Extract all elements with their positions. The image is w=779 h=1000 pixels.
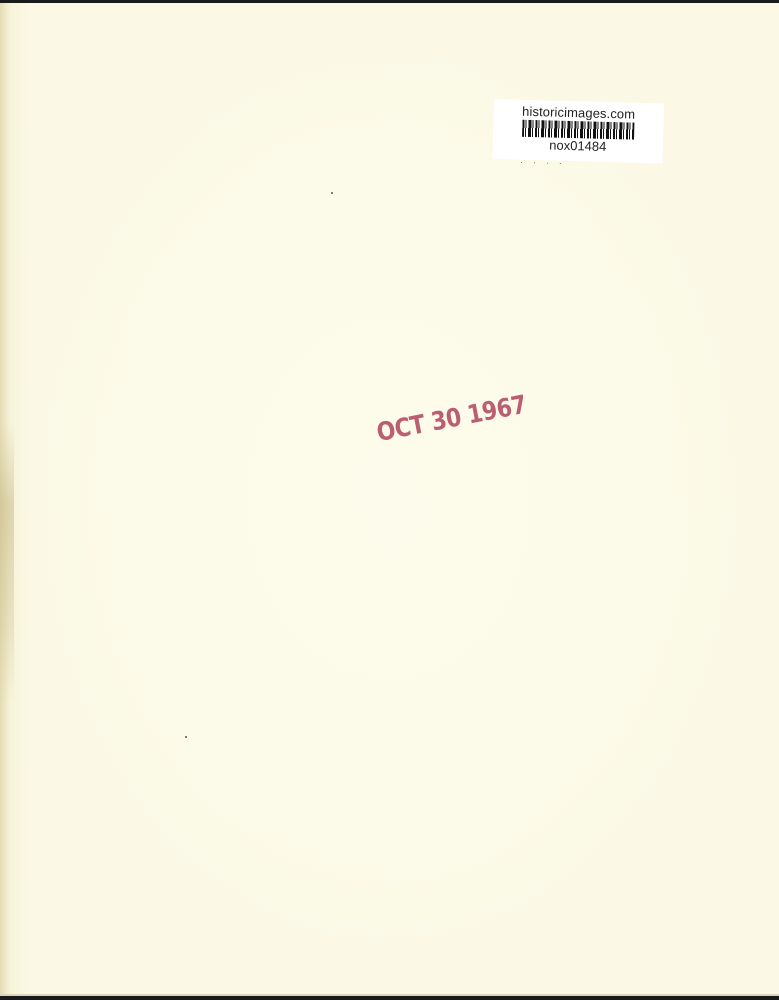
label-id-text: nox01484 bbox=[493, 136, 663, 155]
photo-back-paper: historicimages.com nox01484 · · · · OCT … bbox=[0, 3, 779, 996]
edge-stain bbox=[0, 423, 14, 703]
label-site-text: historicimages.com bbox=[494, 103, 664, 122]
date-stamp: OCT 30 1967 bbox=[375, 391, 529, 448]
label-dots: · · · · bbox=[520, 158, 566, 168]
paper-speck bbox=[331, 192, 333, 194]
barcode-label: historicimages.com nox01484 · · · · bbox=[492, 99, 664, 163]
paper-speck bbox=[185, 736, 187, 738]
